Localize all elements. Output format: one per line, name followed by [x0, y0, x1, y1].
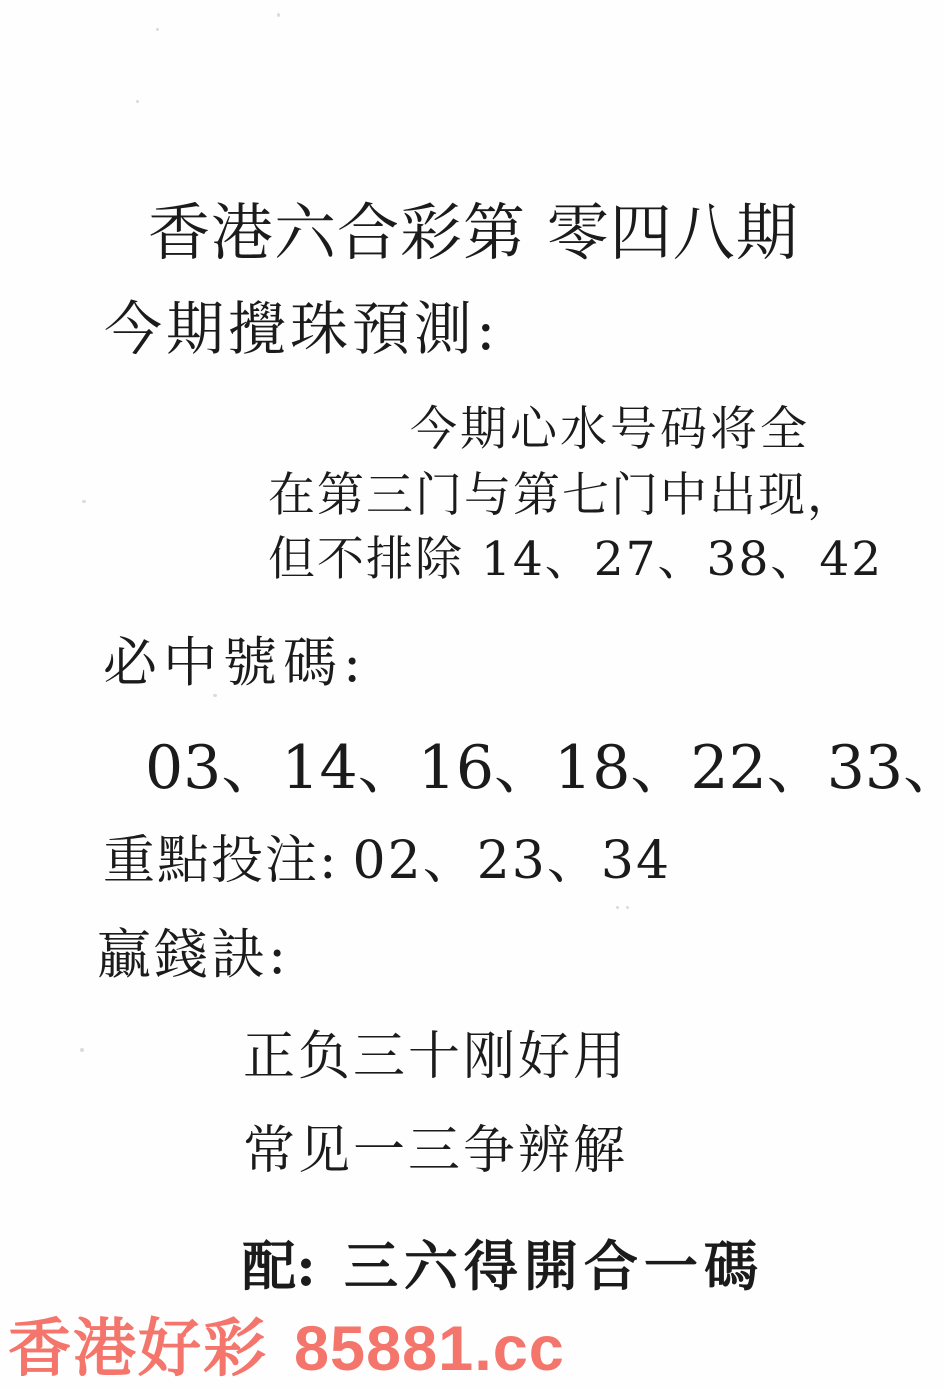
- document-page: 香港六合彩第 零四八期 今期攪珠預測: 今期心水号码将全 在第三门与第七门中出现…: [0, 0, 944, 1388]
- must-hit-numbers-value: 03、14、16、18、22、33、34: [145, 720, 944, 806]
- watermark-site: 85881.cc: [294, 1314, 565, 1384]
- match-line: 配:三六得開合一碼: [242, 1224, 764, 1301]
- scan-speck: [80, 1048, 84, 1052]
- prediction-line-2: 在第三门与第七门中出现，: [268, 458, 856, 525]
- prediction-line-1: 今期心水号码将全: [410, 392, 810, 459]
- must-hit-numbers-label: 必中號碼:: [103, 620, 367, 697]
- match-label: 配:: [242, 1234, 316, 1298]
- watermark-footer: 香港好彩85881.cc: [8, 1298, 565, 1388]
- key-bets-numbers: 02、23、34: [353, 831, 672, 891]
- winning-tips-label: 贏錢訣:: [97, 912, 289, 989]
- watermark-brand: 香港好彩: [8, 1314, 268, 1384]
- scan-speck: [156, 28, 159, 31]
- scan-speck: [136, 100, 139, 103]
- scan-speck: [616, 906, 619, 909]
- winning-tip-line-2: 常见一三争辨解: [243, 1108, 628, 1183]
- winning-tip-line-1: 正负三十刚好用: [243, 1014, 628, 1089]
- draw-prediction-heading: 今期攪珠預測:: [104, 282, 500, 366]
- key-bets-label: 重點投注:: [103, 831, 339, 891]
- scan-speck: [277, 13, 280, 17]
- key-bets-line: 重點投注:02、23、34: [103, 818, 671, 893]
- scan-speck: [213, 694, 217, 697]
- document-title: 香港六合彩第 零四八期: [148, 183, 799, 272]
- prediction-line-3: 但不排除 14、27、38、42: [268, 522, 883, 589]
- scan-speck: [82, 500, 86, 503]
- match-text: 三六得開合一碼: [344, 1234, 764, 1298]
- scan-speck: [626, 906, 629, 909]
